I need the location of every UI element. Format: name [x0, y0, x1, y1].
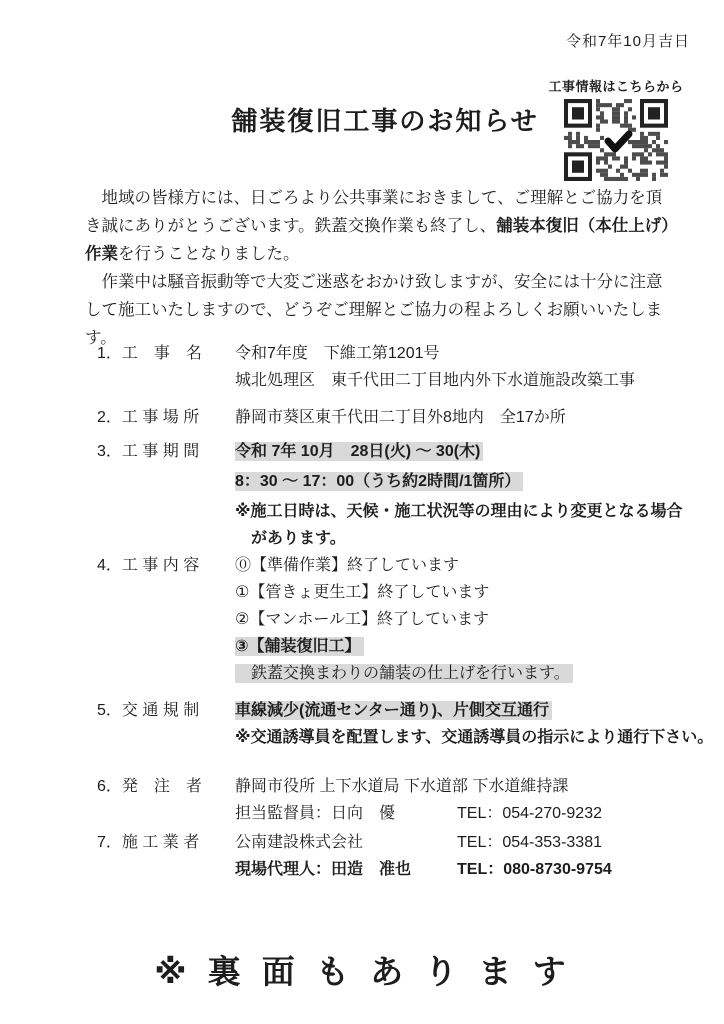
item-construction-name: 1．工 事 名 令和7年度 下維工第1201号 城北処理区 東千代田二丁目地内外… — [97, 340, 697, 394]
period-note-line1: ※施工日時は、天候・施工状況等の理由により変更となる場合 — [235, 498, 697, 525]
item-label: 2．工 事 場 所 — [97, 404, 235, 431]
traffic-regulation-line: 車線減少(流通センター通り)、片側交互通行 — [235, 697, 713, 724]
detail-step-1: ①【管きょ更生工】終了しています — [235, 579, 697, 606]
construction-name-line1: 令和7年度 下維工第1201号 — [235, 340, 697, 367]
item-label: 3．工 事 期 間 — [97, 438, 235, 552]
site-agent-name: 現場代理人：田造 准也 — [235, 861, 411, 878]
item-label: 4．工 事 内 容 — [97, 552, 235, 687]
qr-caption: 工事情報はこちらから — [540, 76, 692, 95]
intro-paragraphs: 地域の皆様方には、日ごろより公共事業におきまして、ご理解とご協力を頂き誠にありが… — [85, 184, 670, 352]
ordering-party-contact: 担当監督員：日向 優TEL：054-270-9232 — [235, 800, 697, 827]
construction-notice-page: 令和7年10月吉日 工事情報はこちらから 舗装復旧工事のお知らせ 地域の皆様方に… — [0, 0, 724, 1024]
item-traffic-regulation: 5．交 通 規 制 車線減少(流通センター通り)、片側交互通行 ※交通誘導員を配… — [97, 697, 697, 751]
item-label: 1．工 事 名 — [97, 340, 235, 394]
item-list: 1．工 事 名 令和7年度 下維工第1201号 城北処理区 東千代田二丁目地内外… — [97, 340, 697, 883]
detail-step-2: ②【マンホール工】終了しています — [235, 606, 697, 633]
traffic-guard-note: ※交通誘導員を配置します、交通誘導員の指示により通行下さい。 — [235, 724, 713, 751]
item-ordering-party: 6．発 注 者 静岡市役所 上下水道局 下水道部 下水道維持課 担当監督員：日向… — [97, 773, 697, 827]
construction-name-line2: 城北処理区 東千代田二丁目地内外下水道施設改築工事 — [235, 367, 697, 394]
period-note-line2: があります。 — [235, 525, 697, 552]
document-title: 舗装復旧工事のお知らせ — [60, 101, 710, 138]
item-construction-details: 4．工 事 内 容 ⓪【準備作業】終了しています ①【管きょ更生工】終了していま… — [97, 552, 697, 687]
detail-step-0: ⓪【準備作業】終了しています — [235, 552, 697, 579]
item-label: 5．交 通 規 制 — [97, 697, 235, 751]
item-label: 6．発 注 者 — [97, 773, 235, 827]
detail-step-3: ③【舗装復旧工】 — [235, 633, 697, 660]
site-agent-phone: TEL：080-8730-9754 — [457, 856, 612, 883]
supervisor-name: 担当監督員：日向 優 — [235, 805, 395, 822]
intro-p1-post: を行うことなりました。 — [118, 245, 300, 263]
contractor-company: 公南建設株式会社TEL：054-353-3381 — [235, 829, 697, 856]
item-construction-site: 2．工 事 場 所 静岡市葵区東千代田二丁目外8地内 全17か所 — [97, 404, 697, 431]
reverse-side-notice: ※ 裏 面 も あ り ま す — [0, 946, 724, 993]
item-construction-period: 3．工 事 期 間 令和 7年 10月 28日(火) ～ 30(木) 8：30 … — [97, 438, 697, 552]
supervisor-phone: TEL：054-270-9232 — [457, 800, 602, 827]
item-contractor: 7．施 工 業 者 公南建設株式会社TEL：054-353-3381 現場代理人… — [97, 829, 697, 883]
issue-date: 令和7年10月吉日 — [566, 30, 690, 51]
item-label: 7．施 工 業 者 — [97, 829, 235, 883]
period-dates: 令和 7年 10月 28日(火) ～ 30(木) — [235, 438, 697, 465]
construction-site-line: 静岡市葵区東千代田二丁目外8地内 全17か所 — [235, 404, 697, 431]
intro-paragraph-1: 地域の皆様方には、日ごろより公共事業におきまして、ご理解とご協力を頂き誠にありが… — [85, 184, 670, 268]
contractor-phone: TEL：054-353-3381 — [457, 829, 602, 856]
ordering-party-name: 静岡市役所 上下水道局 下水道部 下水道維持課 — [235, 773, 697, 800]
period-hours: 8：30 ～ 17：00（うち約2時間/1箇所） — [235, 468, 697, 495]
contractor-company-name: 公南建設株式会社 — [235, 834, 363, 851]
detail-step-3-desc: 鉄蓋交換まわりの舗装の仕上げを行います。 — [235, 660, 697, 687]
contractor-agent: 現場代理人：田造 准也TEL：080-8730-9754 — [235, 856, 697, 883]
